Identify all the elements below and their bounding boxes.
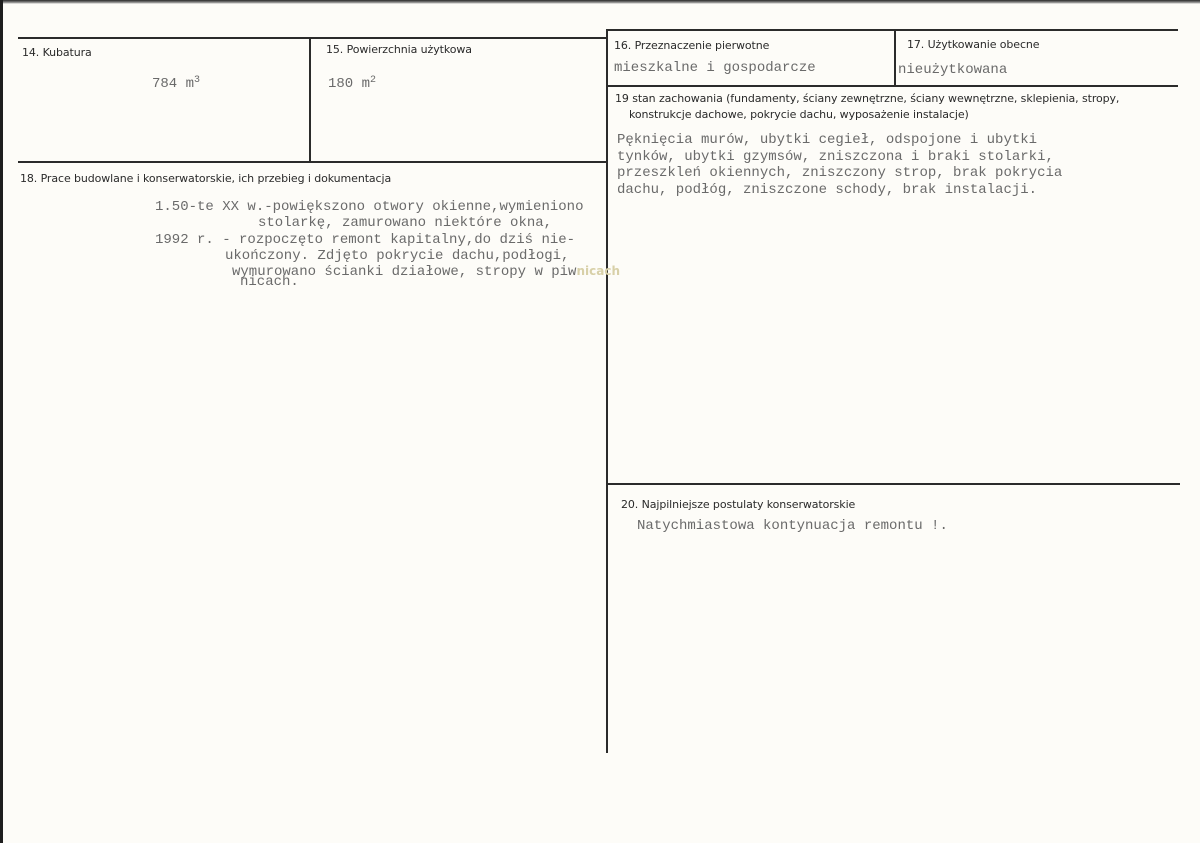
- field-19-line-2: tynków, ubytki gzymsów, zniszczona i bra…: [617, 149, 1054, 165]
- field-20-value: Natychmiastowa kontynuacja remontu !.: [637, 518, 948, 534]
- field-14-value-text: 784 m: [152, 76, 194, 92]
- field-17-value: nieużytkowana: [898, 62, 1007, 78]
- field-14-unit-sup: 3: [194, 75, 200, 86]
- field-17-label: 17. Użytkowanie obecne: [907, 38, 1039, 51]
- field-18-line-1: 1.50-te XX w.-powiększono otwory okienne…: [155, 199, 583, 215]
- field-15-label: 15. Powierzchnia użytkowa: [326, 43, 472, 56]
- divider-16-17: [894, 29, 896, 86]
- field-18-line-6: nicach.: [240, 274, 299, 290]
- field-15-unit-sup: 2: [370, 75, 376, 86]
- field-19-label-line-1: 19 stan zachowania (fundamenty, ściany z…: [615, 92, 1119, 105]
- field-15-value: 180 m2: [328, 76, 376, 92]
- divider-left-right: [606, 29, 608, 753]
- field-15-value-text: 180 m: [328, 76, 370, 92]
- scan-edge-top: [0, 0, 1200, 4]
- field-18-line-4: ukończony. Zdjęto pokrycie dachu,podłogi…: [225, 248, 569, 264]
- field-18-line-3: 1992 r. - rozpoczęto remont kapitalny,do…: [155, 232, 575, 248]
- field-16-value: mieszkalne i gospodarcze: [614, 60, 816, 76]
- field-14-value: 784 m3: [152, 76, 200, 92]
- field-20-label: 20. Najpilniejsze postulaty konserwators…: [621, 498, 855, 511]
- field-14-label: 14. Kubatura: [22, 46, 92, 59]
- top-border: [18, 37, 606, 39]
- field-19-line-1: Pęknięcia murów, ubytki cegieł, odspojon…: [617, 132, 1037, 148]
- field-18-line-2: stolarkę, zamurowano niektóre okna,: [258, 215, 552, 231]
- field-19-line-3: przeszkleń okiennych, zniszczony strop, …: [617, 165, 1062, 181]
- field-18-overlay-fragment: nicach: [576, 264, 620, 278]
- field-16-label: 16. Przeznaczenie pierwotne: [614, 39, 769, 52]
- row-divider-14-18: [18, 161, 608, 163]
- top-border-right: [606, 29, 1178, 31]
- row-divider-16-19: [606, 85, 1178, 87]
- field-18-label: 18. Prace budowlane i konserwatorskie, i…: [20, 172, 391, 185]
- field-19-line-4: dachu, podłóg, zniszczone schody, brak i…: [617, 182, 1037, 198]
- scan-edge-left: [0, 0, 3, 843]
- field-19-label-line-2: konstrukcje dachowe, pokrycie dachu, wyp…: [629, 108, 969, 121]
- row-divider-19-20: [606, 483, 1180, 485]
- divider-14-15: [309, 37, 311, 163]
